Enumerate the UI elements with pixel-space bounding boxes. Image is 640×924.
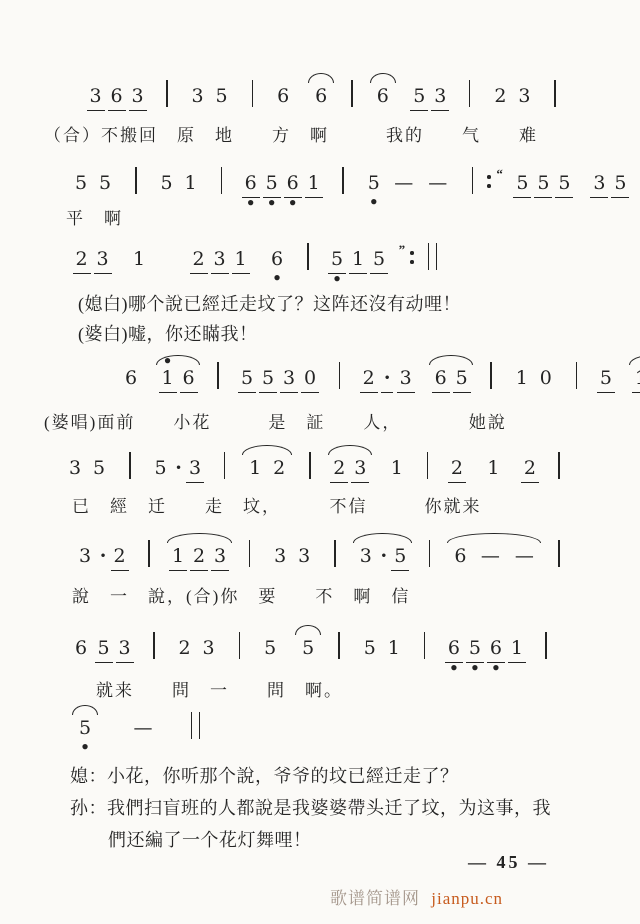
note: 1 (515, 365, 529, 391)
dialog-line: (婆白)嘘，你还瞞我！ (78, 320, 258, 346)
lyric-line: 平 啊 (66, 204, 123, 229)
note: 5 (259, 365, 277, 393)
note: 6• (445, 635, 463, 663)
octave-dot-below: • (78, 744, 92, 750)
note: 5• (466, 635, 484, 663)
note: 3 (397, 365, 415, 393)
slurred-note-group: 3·5 (354, 543, 411, 571)
note: 3 (431, 83, 449, 111)
note: 2 (330, 455, 348, 483)
music-line: 355·312231212 (56, 452, 571, 492)
note: 6 (74, 635, 88, 661)
barline (217, 362, 219, 389)
note-group: 51 (155, 170, 203, 196)
note: 1 (486, 455, 500, 481)
music-line: 2312316•5•15” (64, 242, 448, 282)
note: 3 (211, 543, 229, 571)
note: 1 (232, 246, 250, 274)
note-group: 5·3 (149, 455, 206, 483)
note: 1 (349, 246, 367, 274)
note-group: 6 (119, 365, 143, 391)
augmentation-dot: · (380, 543, 388, 569)
music-line: 3·2123333·56—— (66, 540, 571, 580)
note: 5 (92, 455, 106, 481)
barline (429, 540, 431, 567)
slurred-note-group: 6 (309, 83, 333, 109)
augmentation-dot: · (381, 365, 393, 393)
note: 5 (160, 170, 174, 196)
note-group: 363 (85, 83, 148, 111)
watermark-site-name: 歌谱简谱网 (330, 889, 420, 908)
lyric-line: 說 一 說，(合)你 要 不 啊 信 (72, 582, 410, 607)
music-line: 55516•5•6•15•——“55535 (62, 166, 640, 206)
note-group: 35 (63, 455, 111, 481)
barline (427, 452, 429, 479)
barline (424, 632, 426, 659)
duration-dash: — (425, 170, 449, 196)
repeat-dots (410, 251, 414, 266)
note: 3 (517, 83, 531, 109)
slurred-note-group: 5• (73, 715, 97, 741)
barline (339, 362, 341, 389)
note: 1 (132, 246, 146, 272)
note-group: 6•5•6•1 (240, 170, 324, 198)
note: 6 (108, 83, 126, 111)
note: 1 (169, 543, 187, 571)
note: 5• (328, 246, 346, 274)
music-line: 363356665323 (78, 80, 567, 120)
speech-line: 媳：小花，你听那个說，爷爷的坟已經迁走了？ (70, 762, 459, 788)
note: 3 (191, 83, 205, 109)
duration-dash: — (391, 170, 415, 196)
note: 5• (263, 170, 281, 198)
double-barline (191, 712, 200, 739)
slurred-note-group: 65 (430, 365, 472, 393)
note: 1• (159, 365, 177, 393)
speech-line: 孙：我們扫盲班的人都說是我婆婆帶头迁了坟，为这事，我 (70, 794, 551, 820)
note-group: 10 (510, 365, 558, 391)
octave-dot-below: • (487, 665, 505, 671)
note: 5 (391, 543, 409, 571)
slurred-note-group: 123 (168, 543, 231, 571)
lyric-line: 就来 問 一 問 啊。 (96, 676, 343, 701)
note: 5 (597, 365, 615, 393)
note: 6• (487, 635, 505, 663)
lyric-line: (婆唱)面前 小花 是 証 人， 她說 (44, 408, 507, 433)
barline (342, 167, 344, 194)
octave-dot-below: • (270, 275, 284, 281)
note: 6• (270, 246, 284, 272)
note: 5 (410, 83, 428, 111)
note-group: — (111, 715, 173, 741)
barline (252, 80, 254, 107)
note: 3 (297, 543, 311, 569)
note-group: 2 (519, 455, 540, 483)
note: 3 (359, 543, 373, 569)
barline (334, 540, 336, 567)
note: 3 (202, 635, 216, 661)
barline (148, 540, 150, 567)
note-group: 23 (71, 246, 113, 274)
barline (249, 540, 251, 567)
slurred-note-group: 1•6 (157, 365, 199, 393)
note-group: 35 (589, 170, 631, 198)
note: 3 (116, 635, 134, 663)
note: 3 (590, 170, 608, 198)
note: 0 (539, 365, 553, 391)
note: 5 (513, 170, 531, 198)
note: 3 (351, 455, 369, 483)
note: 1 (390, 455, 404, 481)
barline (490, 362, 492, 389)
barline (221, 167, 223, 194)
octave-dot-below: • (263, 200, 281, 206)
music-line: 61•655302·36510512 (112, 362, 640, 402)
note-group: 6•5•6•1 (443, 635, 527, 663)
note: 2 (178, 635, 192, 661)
slurred-note-group: 6 (371, 83, 395, 109)
note: 5 (215, 83, 229, 109)
watermark: 歌谱简谱网 jianpu.cn (330, 884, 503, 909)
octave-dot-above: • (159, 358, 177, 364)
note: 2 (493, 83, 507, 109)
note: 1 (508, 635, 526, 663)
barline (239, 632, 241, 659)
note-group: 1 (385, 455, 409, 481)
note: 3 (280, 365, 298, 393)
note: 5 (370, 246, 388, 274)
note-group: 5•—— (362, 170, 454, 196)
lyric-line: （合）不搬回 原 地 方 啊 我的 气 难 (44, 121, 538, 146)
note: 1 (387, 635, 401, 661)
double-barline (428, 243, 437, 270)
note: 2 (448, 455, 466, 483)
note: 3 (129, 83, 147, 111)
note-group: 6 (271, 83, 295, 109)
note-group: 2·3 (358, 365, 416, 393)
note: 5 (555, 170, 573, 198)
octave-dot-below: • (445, 665, 463, 671)
note: 1 (248, 455, 262, 481)
note: 3 (68, 455, 82, 481)
barline (472, 167, 474, 194)
page-number: — 45 — (468, 852, 549, 873)
note-group: 53 (409, 83, 451, 111)
barline (309, 452, 311, 479)
slurred-note-group: 6—— (448, 543, 540, 569)
note: 5 (453, 365, 471, 393)
note-group: 231 (188, 246, 251, 274)
note: 6 (124, 365, 138, 391)
note: 2 (521, 455, 539, 483)
note: 5 (611, 170, 629, 198)
note-group: 5 (258, 635, 282, 661)
barline (558, 452, 560, 479)
music-line: 5•— (66, 712, 211, 752)
note-group: 3·2 (73, 543, 130, 571)
quote-mark: ” (399, 242, 406, 258)
note: 5 (263, 635, 277, 661)
note: 5• (367, 170, 381, 196)
octave-dot-below: • (466, 665, 484, 671)
note: 3 (186, 455, 204, 483)
note: 1 (632, 365, 640, 393)
note: 3 (273, 543, 287, 569)
note-group: 5 (595, 365, 616, 393)
dialog-line: (媳白)哪个說已經迁走坟了？这阵还沒有动哩！ (78, 290, 461, 316)
octave-dot-below: • (242, 200, 260, 206)
note: 2 (272, 455, 286, 481)
note: 3 (78, 543, 92, 569)
note-group: 653 (69, 635, 135, 663)
barline (135, 167, 137, 194)
barline (224, 452, 226, 479)
duration-dash: — (116, 715, 168, 741)
barline (576, 362, 578, 389)
note-group: 23 (488, 83, 536, 109)
note-group: 1 (481, 455, 505, 481)
note: 2 (190, 246, 208, 274)
note: 6 (180, 365, 198, 393)
note-group: 33 (268, 543, 316, 569)
note-group: 5530 (237, 365, 321, 393)
note: 5 (301, 635, 315, 661)
barline (351, 80, 353, 107)
note: 1 (305, 170, 323, 198)
repeat-dots (487, 175, 491, 190)
barline (545, 632, 547, 659)
note: 5 (534, 170, 552, 198)
note: 6 (453, 543, 467, 569)
note: 1 (184, 170, 198, 196)
barline (307, 243, 309, 270)
note: 0 (301, 365, 319, 393)
note: 6 (376, 83, 390, 109)
watermark-domain: jianpu.cn (431, 889, 503, 908)
barline (558, 540, 560, 567)
note: 6• (284, 170, 302, 198)
note: 6 (276, 83, 290, 109)
augmentation-dot: · (99, 543, 107, 569)
note: 5• (78, 715, 92, 741)
note: 2 (111, 543, 129, 571)
barline (469, 80, 471, 107)
octave-dot-below: • (367, 199, 381, 205)
octave-dot-below: • (328, 276, 346, 282)
augmentation-dot: · (175, 455, 183, 481)
note-group: 51 (358, 635, 406, 661)
barline (166, 80, 168, 107)
note: 6 (314, 83, 328, 109)
note-group: 23 (173, 635, 221, 661)
note: 5 (238, 365, 256, 393)
score-page: 363356665323（合）不搬回 原 地 方 啊 我的 气 难55516•5… (0, 0, 640, 924)
note: 6• (242, 170, 260, 198)
lyric-line: 已 經 迁 走 坟， 不信 你就来 (72, 492, 482, 517)
note: 3 (87, 83, 105, 111)
note: 5 (98, 170, 112, 196)
slurred-note-group: 5 (296, 635, 320, 661)
slurred-note-group: 23 (329, 455, 371, 483)
note: 5 (74, 170, 88, 196)
note: 2 (190, 543, 208, 571)
barline (338, 632, 340, 659)
note-group: 5•15 (327, 246, 390, 274)
barline (153, 632, 155, 659)
note: 2 (73, 246, 91, 274)
note: 6 (432, 365, 450, 393)
slurred-note-group: 12 (630, 365, 640, 393)
barline (554, 80, 556, 107)
note: 2 (360, 365, 378, 393)
note: 5 (95, 635, 113, 663)
quote-mark: “ (496, 166, 503, 182)
slurred-note-group: 12 (243, 455, 291, 481)
speech-line: 們还編了一个花灯舞哩！ (108, 826, 312, 852)
note: 3 (94, 246, 112, 274)
note: 3 (211, 246, 229, 274)
note-group: 1 (127, 246, 151, 272)
note-group: 55 (69, 170, 117, 196)
note: 5 (363, 635, 377, 661)
music-line: 6532355516•5•6•1 (62, 632, 558, 672)
note-group: 2 (446, 455, 467, 483)
note-group: 555 (512, 170, 575, 198)
note-group: 35 (186, 83, 234, 109)
duration-dash: — (477, 543, 501, 569)
duration-dash: — (511, 543, 535, 569)
octave-dot-below: • (284, 200, 302, 206)
note-group: 6• (265, 246, 289, 272)
note: 5 (154, 455, 168, 481)
barline (129, 452, 131, 479)
